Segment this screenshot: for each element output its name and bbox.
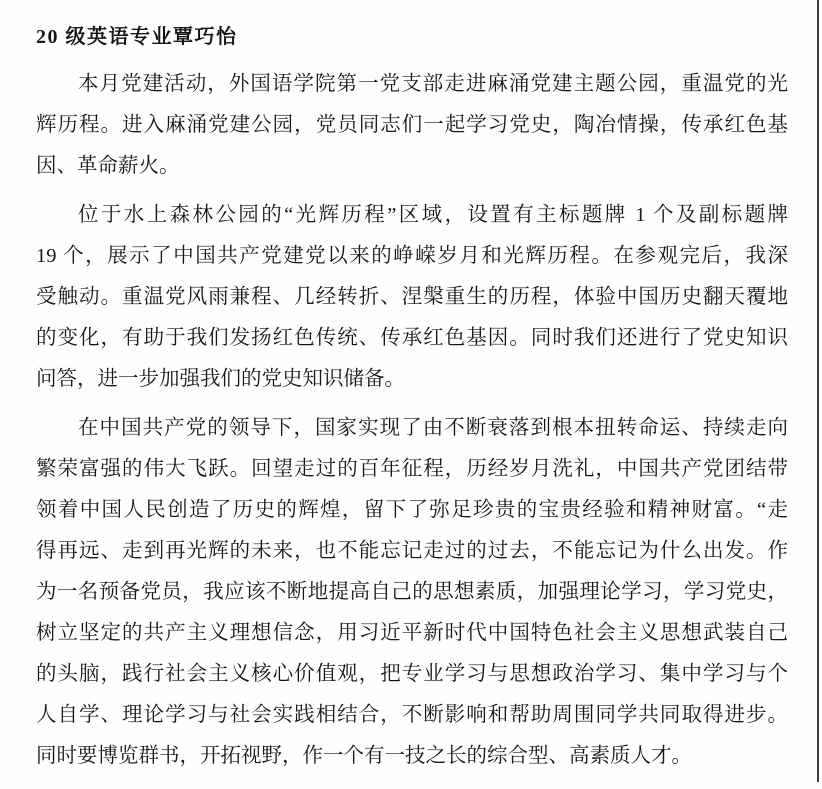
text-line: 的变化，有助于我们发扬红色传统、传承红色基因。同时我们还进行了党史知识 (36, 318, 788, 359)
text-line: 人自学、理论学习与社会实践相结合，不断影响和帮助周围同学共同取得进步。 (36, 695, 788, 736)
page-edge-line (817, 0, 819, 782)
text-line: 问答，进一步加强我们的党史知识储备。 (36, 359, 788, 400)
text-line: 得再远、走到再光辉的未来，也不能忘记走过的过去，不能忘记为什么出发。作 (36, 531, 788, 572)
text-line: 位于水上森林公园的“光辉历程”区域，设置有主标题牌 1 个及副标题牌 (36, 195, 788, 236)
text-line: 因、革命薪火。 (36, 146, 788, 187)
text-line: 同时要博览群书，开拓视野，作一个有一技之长的综合型、高素质人才。 (36, 736, 788, 777)
text-line: 19 个，展示了中国共产党建党以来的峥嵘岁月和光辉历程。在参观完后，我深 (36, 236, 788, 277)
document-page: 20 级英语专业覃巧怡 本月党建活动，外国语学院第一党支部走进麻涌党建主题公园，… (0, 0, 822, 789)
text-line: 受触动。重温党风雨兼程、几经转折、涅槃重生的历程，体验中国历史翻天覆地 (36, 277, 788, 318)
text-line: 辉历程。进入麻涌党建公园，党员同志们一起学习党史，陶冶情操，传承红色基 (36, 105, 788, 146)
document-content: 20 级英语专业覃巧怡 本月党建活动，外国语学院第一党支部走进麻涌党建主题公园，… (0, 0, 822, 777)
paragraph-2: 位于水上森林公园的“光辉历程”区域，设置有主标题牌 1 个及副标题牌 19 个，… (36, 195, 788, 400)
document-title: 20 级英语专业覃巧怡 (36, 23, 788, 51)
text-line: 繁荣富强的伟大飞跃。回望走过的百年征程，历经岁月洗礼，中国共产党团结带 (36, 449, 788, 490)
text-line: 领着中国人民创造了历史的辉煌，留下了弥足珍贵的宝贵经验和精神财富。“走 (36, 490, 788, 531)
text-line: 的头脑，践行社会主义核心价值观，把专业学习与思想政治学习、集中学习与个 (36, 654, 788, 695)
text-line: 为一名预备党员，我应该不断地提高自己的思想素质，加强理论学习，学习党史， (36, 572, 788, 613)
text-line: 树立坚定的共产主义理想信念，用习近平新时代中国特色社会主义思想武装自己 (36, 613, 788, 654)
text-line: 在中国共产党的领导下，国家实现了由不断衰落到根本扭转命运、持续走向 (36, 408, 788, 449)
paragraph-3: 在中国共产党的领导下，国家实现了由不断衰落到根本扭转命运、持续走向 繁荣富强的伟… (36, 408, 788, 777)
paragraph-1: 本月党建活动，外国语学院第一党支部走进麻涌党建主题公园，重温党的光 辉历程。进入… (36, 64, 788, 187)
text-line: 本月党建活动，外国语学院第一党支部走进麻涌党建主题公园，重温党的光 (36, 64, 788, 105)
